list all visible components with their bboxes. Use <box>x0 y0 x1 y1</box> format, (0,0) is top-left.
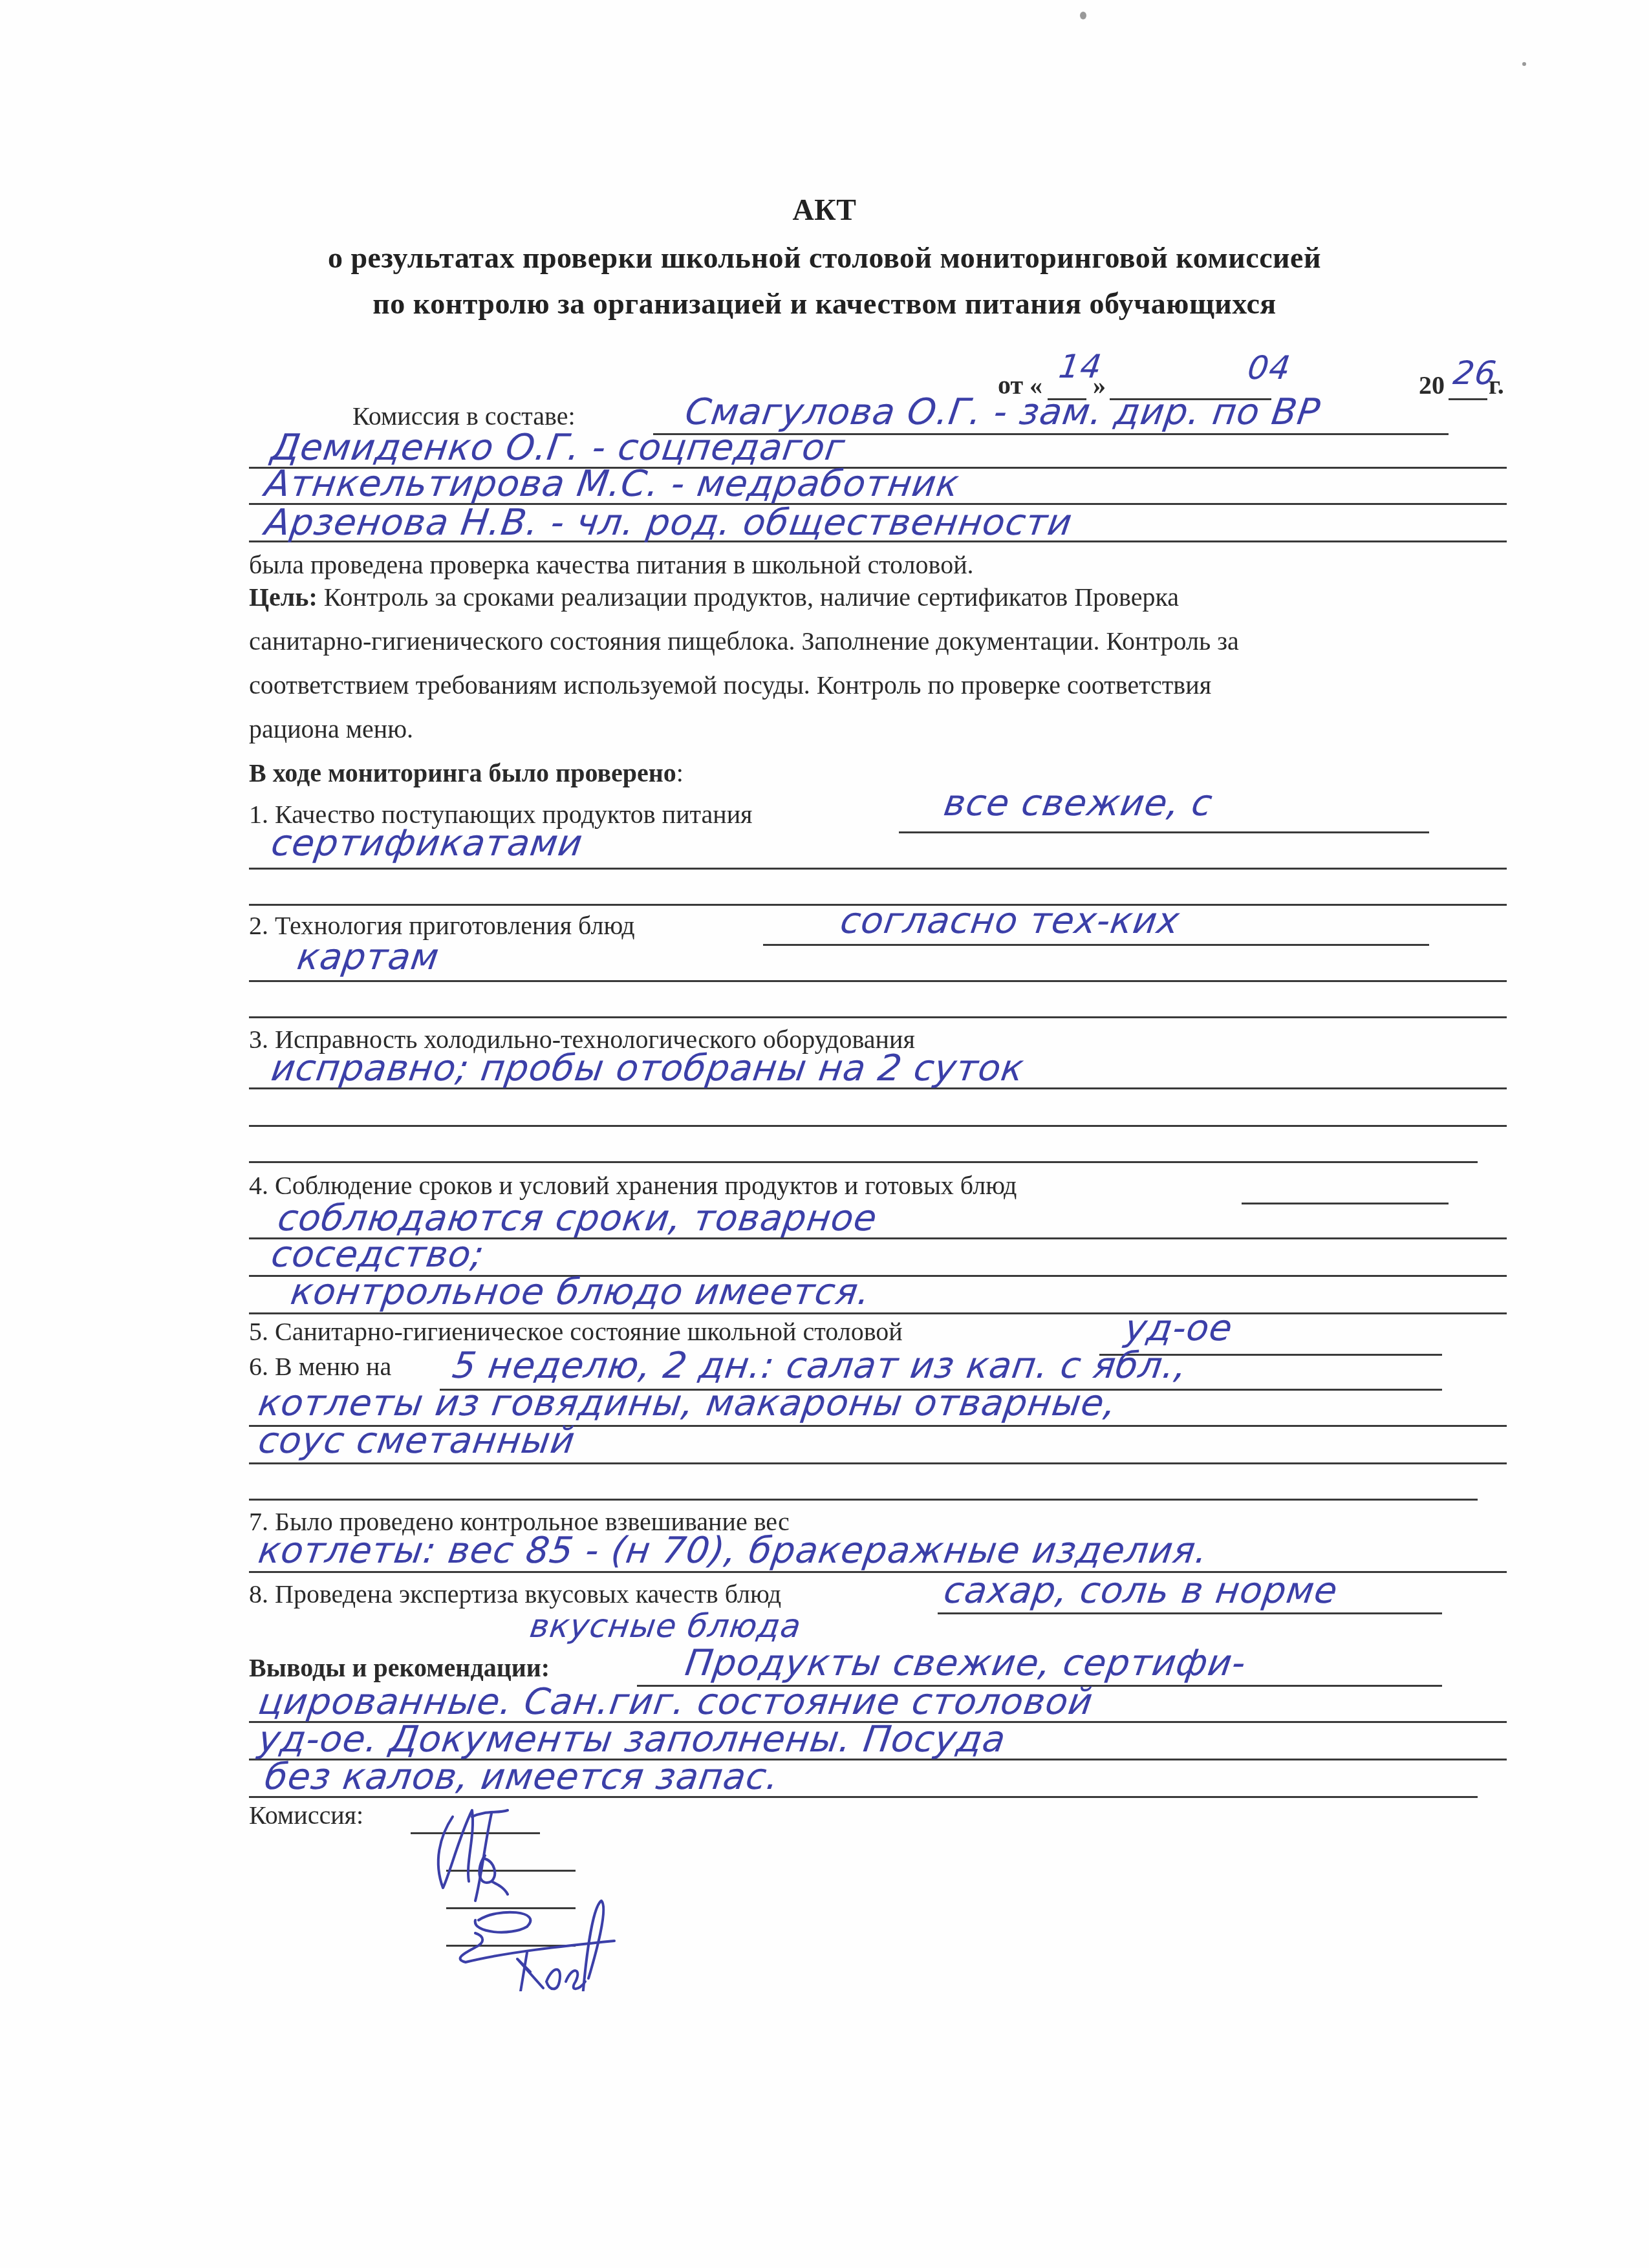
conclusions-text-2: цированные. Сан.гиг. состояние столовой <box>255 1681 1095 1723</box>
document-subtitle-line1: о результатах проверки школьной столовой… <box>0 241 1649 275</box>
document-title: АКТ <box>0 193 1649 227</box>
inspection-statement: была проведена проверка качества питания… <box>249 550 974 580</box>
date-year-prefix: 20 <box>1419 370 1445 400</box>
scanned-document-page: АКТ о результатах проверки школьной стол… <box>0 0 1649 2268</box>
item-6-answer-2: котлеты из говядины, макароны отварные, <box>255 1382 1119 1424</box>
item-6-line-d <box>249 1499 1478 1501</box>
conclusions-text-1: Продукты свежие, сертифи- <box>682 1642 1249 1684</box>
document-subtitle-line2: по контролю за организацией и качеством … <box>0 286 1649 321</box>
checked-heading-colon: : <box>676 758 684 787</box>
item-6-line-c <box>249 1462 1507 1464</box>
item-6-label: 6. В меню на <box>249 1351 391 1382</box>
item-1-answer-2: сертификатами <box>268 822 585 864</box>
item-2-line-b <box>249 980 1507 982</box>
item-4-answer-2: соседство; <box>268 1234 487 1276</box>
conclusions-text-3: уд-ое. Документы заполнены. Посуда <box>255 1718 1008 1760</box>
item-5-label: 5. Санитарно-гигиеническое состояние шко… <box>249 1316 903 1347</box>
item-1-answer-1: все свежие, с <box>941 782 1215 824</box>
goal-text-1: Контроль за сроками реализации продуктов… <box>324 583 1179 612</box>
conclusions-text-4: без калов, имеется запас. <box>262 1756 782 1798</box>
item-3-answer-1: исправно; пробы отобраны на 2 суток <box>268 1047 1026 1089</box>
date-year-underline <box>1449 398 1487 400</box>
commission-member-3: Атнкельтирова М.С. - медработник <box>262 463 962 505</box>
commission-member-4: Арзенова Н.В. - чл. род. общественности <box>262 502 1075 544</box>
item-1-line-b <box>249 868 1507 870</box>
item-2-answer-1: согласно тех-ких <box>837 900 1182 942</box>
date-month: 04 <box>1245 349 1293 387</box>
item-4-line-a <box>1242 1203 1449 1204</box>
item-6-answer-3: соус сметанный <box>255 1420 577 1462</box>
item-2-line-c <box>249 1016 1507 1018</box>
item-4-answer-3: контрольное блюдо имеется. <box>288 1271 873 1313</box>
item-2-line-a <box>763 944 1429 946</box>
item-4-label: 4. Соблюдение сроков и условий хранения … <box>249 1170 1017 1201</box>
checked-heading-row: В ходе мониторинга было проверено: <box>249 758 684 788</box>
goal-label: Цель: <box>249 583 318 612</box>
scan-speck <box>1080 12 1086 19</box>
signatures-label: Комиссия: <box>249 1800 363 1830</box>
signatures-handwritten <box>414 1797 673 1991</box>
scan-speck <box>1522 62 1526 66</box>
item-7-answer-1: котлеты: вес 85 - (н 70), бракеражные из… <box>255 1530 1211 1572</box>
item-2-answer-2: картам <box>294 936 442 978</box>
item-5-answer-1: уд-ое <box>1122 1307 1235 1349</box>
goal-line-3: соответствием требованиям используемой п… <box>249 670 1211 700</box>
item-4-line-d <box>249 1312 1507 1314</box>
goal-line-1: Цель: Контроль за сроками реализации про… <box>249 582 1179 612</box>
date-year-end: г. <box>1489 370 1504 400</box>
conclusions-label: Выводы и рекомендации: <box>249 1653 550 1683</box>
item-3-line-c <box>249 1161 1478 1163</box>
checked-heading: В ходе мониторинга было проверено <box>249 758 676 787</box>
goal-line-2: санитарно-гигиенического состояния пищеб… <box>249 626 1239 656</box>
goal-line-4: рациона меню. <box>249 714 413 744</box>
item-1-line-a <box>899 831 1429 833</box>
item-3-line-b <box>249 1125 1507 1127</box>
item-8-label: 8. Проведена экспертиза вкусовых качеств… <box>249 1579 781 1609</box>
item-8-answer-1: сахар, соль в норме <box>941 1570 1340 1612</box>
item-8-answer-2: вкусные блюда <box>528 1607 804 1645</box>
item-8-line-a <box>938 1612 1442 1614</box>
item-6-answer-1: 5 неделю, 2 дн.: салат из кап. с ябл., <box>449 1345 1190 1387</box>
